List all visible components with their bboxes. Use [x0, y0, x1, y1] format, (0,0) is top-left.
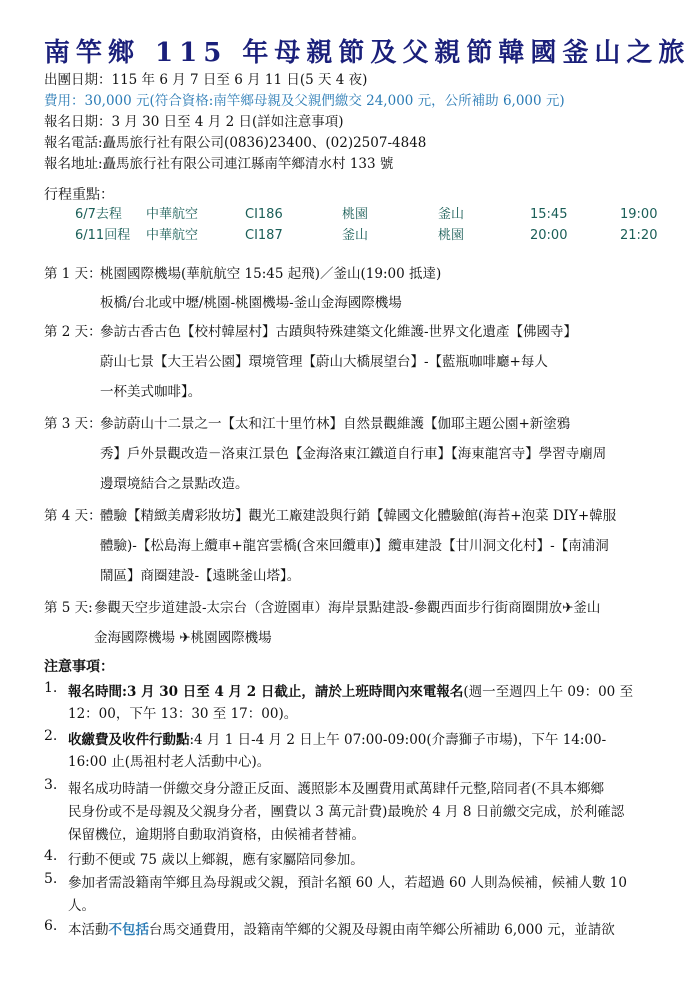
- note-6-post: 台馬交通費用，設籍南竿鄉的父親及母親由南竿鄉公所補助 6,000 元，並請欲: [149, 922, 615, 938]
- flight-number: CI187: [245, 226, 283, 246]
- day-4-line: 體驗【精緻美膚彩妝坊】觀光工廠建設與行銷【韓國文化體驗館(海苔+泡菜 DIY+韓…: [100, 504, 616, 524]
- note-1-rest: (週一至週四上午 09：00 至: [463, 684, 633, 700]
- note-number: 4.: [44, 848, 57, 864]
- day-5-line: 參觀天空步道建設-太宗台（含遊園車）海岸景點建設-參觀西面步行街商圈開放✈釜山: [94, 596, 600, 616]
- note-1-bold: 報名時間:3 月 30 日至 4 月 2 日截止，請於上班時間內來電報名: [68, 684, 463, 700]
- flight-airline: 中華航空: [146, 226, 198, 246]
- flight-from: 釜山: [342, 226, 368, 246]
- flight-to: 桃園: [438, 226, 464, 246]
- day-2-line: 一杯美式咖啡】。: [100, 380, 201, 400]
- signup-phone: 報名電話:矗馬旅行社有限公司(0836)23400、(02)2507-4848: [44, 133, 426, 153]
- flight-depart: 20:00: [530, 226, 567, 246]
- flight-airline: 中華航空: [146, 205, 198, 225]
- fee-info: 費用：30,000 元(符合資格:南竿鄉母親及父親們繳交 24,000 元，公所…: [44, 91, 565, 111]
- note-4-line: 行動不便或 75 歲以上鄉親，應有家屬陪同參加。: [68, 848, 364, 868]
- note-1-line: 報名時間:3 月 30 日至 4 月 2 日截止，請於上班時間內來電報名(週一至…: [68, 680, 633, 700]
- signup-date: 報名日期：3 月 30 日至 4 月 2 日(詳如注意事項): [44, 112, 344, 132]
- day-1-label: 第 1 天：: [44, 262, 102, 282]
- day-5-line: 金海國際機場 ✈桃園國際機場: [94, 626, 272, 646]
- note-1-line: 12：00，下午 13：30 至 17：00)。: [68, 702, 297, 722]
- flight-depart: 15:45: [530, 205, 567, 225]
- flight-number: CI186: [245, 205, 283, 225]
- note-2-bold: 收繳費及收件行動點: [68, 732, 190, 748]
- note-5-line: 人。: [68, 894, 95, 914]
- flight-arrive: 21:20: [620, 226, 657, 246]
- itinerary-label: 行程重點：: [44, 184, 114, 204]
- flight-date: 6/7去程: [75, 205, 122, 225]
- note-number: 3.: [44, 777, 57, 793]
- note-number: 6.: [44, 918, 57, 934]
- notes-title: 注意事項：: [44, 656, 114, 676]
- day-4-line: 鬧區】商圈建設-【遠眺釜山塔】。: [100, 564, 300, 584]
- signup-address: 報名地址:矗馬旅行社有限公司連江縣南竿鄉清水村 133 號: [44, 154, 393, 174]
- note-3-line: 保留機位，逾期將自動取消資格，由候補者替補。: [68, 823, 365, 843]
- day-3-line: 邊環境結合之景點改造。: [100, 472, 249, 492]
- flight-to: 釜山: [438, 205, 464, 225]
- page-title: 南竿鄉 115 年母親節及父親節韓國釜山之旅: [44, 38, 684, 68]
- day-4-line: 體驗)-【松島海上纜車+龍宮雲橋(含來回纜車)】纜車建設【甘川洞文化村】-【南浦…: [100, 534, 609, 554]
- day-2-line: 蔚山七景【大王岩公園】環境管理【蔚山大橋展望台】-【藍瓶咖啡廳+每人: [100, 350, 548, 370]
- note-2-line: 16:00 止(馬祖村老人活動中心)。: [68, 750, 270, 770]
- day-3-line: 參訪蔚山十二景之一【太和江十里竹林】自然景觀維護【伽耶主題公園+新塗鴉: [100, 412, 570, 432]
- note-3-line: 民身份或不是母親及父親身分者，團費以 3 萬元計費)最晚於 4 月 8 日前繳交…: [68, 800, 624, 820]
- note-3-line: 報名成功時請一併繳交身分證正反面、護照影本及團費用貳萬肆仟元整,陪同者(不具本鄉…: [68, 777, 604, 797]
- day-2-label: 第 2 天：: [44, 320, 102, 340]
- note-6-highlight: 不包括: [109, 922, 150, 938]
- flight-date: 6/11回程: [75, 226, 130, 246]
- note-2-line: 收繳費及收件行動點:4 月 1 日-4 月 2 日上午 07:00-09:00(…: [68, 728, 606, 748]
- note-2-rest: :4 月 1 日-4 月 2 日上午 07:00-09:00(介壽獅子市場)，下…: [190, 732, 607, 748]
- flight-from: 桃園: [342, 205, 368, 225]
- day-5-label: 第 5 天:: [44, 596, 93, 616]
- note-6-line: 本活動不包括台馬交通費用，設籍南竿鄉的父親及母親由南竿鄉公所補助 6,000 元…: [68, 918, 615, 938]
- note-number: 1.: [44, 680, 57, 696]
- day-1-line: 板橋/台北或中壢/桃園-桃園機場-釜山金海國際機場: [100, 291, 402, 311]
- day-3-line: 秀】戶外景觀改造－洛東江景色【金海洛東江鐵道自行車】【海東龍宮寺】學習寺廟周: [100, 442, 606, 462]
- document-page: 南竿鄉 115 年母親節及父親節韓國釜山之旅 出團日期：115 年 6 月 7 …: [0, 0, 700, 990]
- day-2-line: 參訪古香古色【校村韓屋村】古蹟與特殊建築文化維護-世界文化遺產【佛國寺】: [100, 320, 577, 340]
- note-5-line: 參加者需設籍南竿鄉且為母親或父親，預計名額 60 人，若超過 60 人則為候補，…: [68, 871, 627, 891]
- departure-date: 出團日期：115 年 6 月 7 日至 6 月 11 日(5 天 4 夜): [44, 70, 367, 90]
- day-1-line: 桃園國際機場(華航航空 15:45 起飛)／釜山(19:00 抵達): [100, 262, 441, 282]
- flight-row: 6/11回程 中華航空 CI187 釜山 桃園 20:00 21:20: [0, 226, 700, 246]
- note-number: 2.: [44, 728, 57, 744]
- note-6-pre: 本活動: [68, 922, 109, 938]
- note-number: 5.: [44, 871, 57, 887]
- flight-row: 6/7去程 中華航空 CI186 桃園 釜山 15:45 19:00: [0, 205, 700, 225]
- flight-arrive: 19:00: [620, 205, 657, 225]
- day-3-label: 第 3 天：: [44, 412, 102, 432]
- day-4-label: 第 4 天：: [44, 504, 102, 524]
